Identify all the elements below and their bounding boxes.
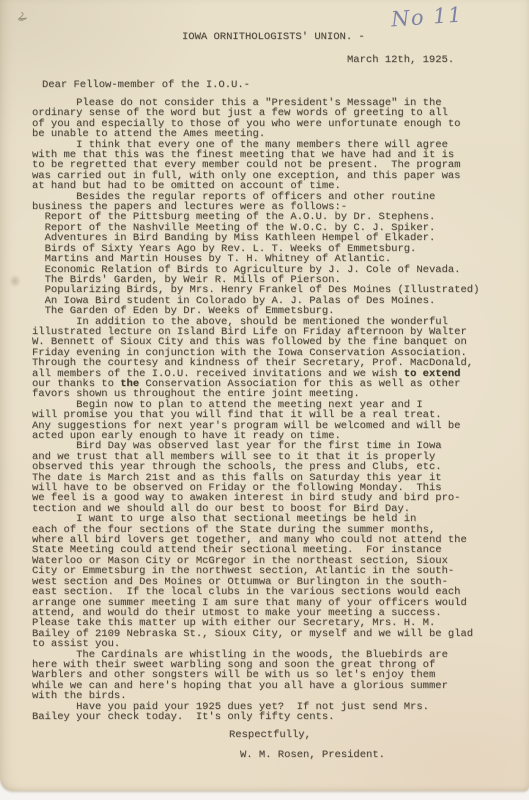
letter-line: The Garden of Eden by Dr. Weeks of Emmet…	[32, 306, 479, 316]
letter-date: March 12th, 1925.	[347, 55, 454, 65]
letter-content: IOWA ORNITHOLOGISTS' UNION. - March 12th…	[0, 0, 529, 791]
letter-paper: No 11 IOWA ORNITHOLOGISTS' UNION. - Marc…	[0, 0, 529, 791]
signature: W. M. Rosen, President.	[240, 750, 385, 760]
letter-body: Please do not consider this a "President…	[32, 98, 479, 722]
organization-title: IOWA ORNITHOLOGISTS' UNION. -	[182, 32, 365, 42]
letter-line: Martins and Martin Houses by T. H. Whitn…	[32, 254, 479, 264]
letter-line: to assist you.	[32, 639, 479, 649]
closing: Respectfully,	[229, 730, 311, 740]
scan-background: No 11 IOWA ORNITHOLOGISTS' UNION. - Marc…	[0, 0, 529, 800]
letter-line: east section. If the local clubs in the …	[32, 587, 479, 597]
letter-line: Bailey your check today. It's only fifty…	[32, 712, 479, 722]
letter-line: with the birds.	[32, 691, 479, 701]
salutation: Dear Fellow-member of the I.O.U.-	[42, 80, 250, 90]
